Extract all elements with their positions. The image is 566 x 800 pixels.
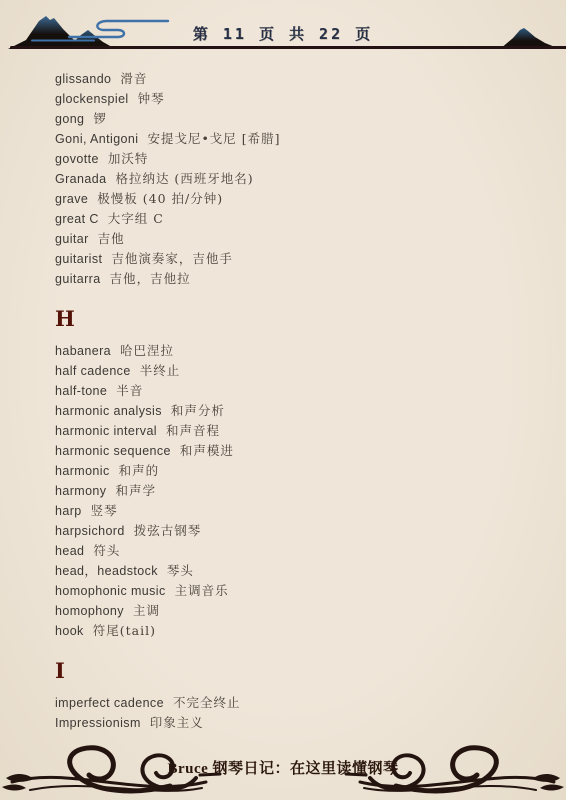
entry-term: habanera (55, 344, 111, 358)
entry-translation: 吉他 (98, 231, 125, 246)
entry-translation: 钟琴 (138, 91, 165, 106)
glossary-entry: homophony主调 (55, 601, 536, 621)
glossary-entry: half cadence半终止 (55, 361, 536, 381)
entry-translation: 极慢板 (40 拍/分钟) (97, 191, 223, 206)
glossary-entry: head符头 (55, 541, 536, 561)
entry-term: govotte (55, 152, 99, 166)
glossary-entry: glockenspiel钟琴 (55, 89, 536, 109)
entry-term: Goni, Antigoni (55, 132, 138, 146)
entry-term: harp (55, 504, 82, 518)
entry-term: harmonic sequence (55, 444, 171, 458)
entry-translation: 主调 (133, 603, 160, 618)
entry-term: glissando (55, 72, 111, 86)
footer-brand-text: Bruce 钢琴日记：在这里读懂钢琴 (0, 757, 566, 778)
entry-translation: 符尾(tail) (93, 623, 156, 638)
glossary-entry: imperfect cadence不完全终止 (55, 693, 536, 713)
glossary-entry: harpsichord拨弦古钢琴 (55, 521, 536, 541)
entry-term: glockenspiel (55, 92, 129, 106)
entry-term: gong (55, 112, 84, 126)
entry-term: imperfect cadence (55, 696, 164, 710)
entry-term: great C (55, 212, 99, 226)
entry-translation: 和声模进 (180, 443, 234, 458)
page-indicator: 第 11 页 共 22 页 (0, 23, 566, 44)
entry-translation: 半终止 (140, 363, 181, 378)
entry-translation: 吉他演奏家，吉他手 (111, 251, 233, 266)
glossary-entry: guitarra吉他，吉他拉 (55, 269, 536, 289)
entry-translation: 加沃特 (108, 151, 149, 166)
glossary-entry: head，headstock琴头 (55, 561, 536, 581)
entry-translation: 琴头 (167, 563, 194, 578)
entry-translation: 安提戈尼•戈尼 [希腊] (147, 131, 280, 146)
entry-term: harpsichord (55, 524, 125, 538)
entry-term: guitarist (55, 252, 102, 266)
entry-translation: 和声的 (119, 463, 160, 478)
entry-translation: 大字组 C (108, 211, 164, 226)
glossary-entry: harmonic interval和声音程 (55, 421, 536, 441)
glossary-entry: harmonic sequence和声模进 (55, 441, 536, 461)
glossary-entry: Impressionism印象主义 (55, 713, 536, 733)
entry-translation: 不完全终止 (173, 695, 241, 710)
section-heading-i: I (55, 659, 536, 683)
entry-term: Granada (55, 172, 106, 186)
header-rule (10, 46, 566, 49)
entry-translation: 半音 (116, 383, 143, 398)
entry-translation: 滑音 (120, 71, 147, 86)
glossary-entry: hook符尾(tail) (55, 621, 536, 641)
entry-term: hook (55, 624, 84, 638)
entry-term: half cadence (55, 364, 131, 378)
glossary-entry: Goni, Antigoni安提戈尼•戈尼 [希腊] (55, 129, 536, 149)
glossary-entry: half-tone半音 (55, 381, 536, 401)
entry-term: homophonic music (55, 584, 166, 598)
entry-term: head，headstock (55, 564, 158, 578)
glossary-entry: gong锣 (55, 109, 536, 129)
entry-translation: 印象主义 (150, 715, 204, 730)
entry-translation: 吉他，吉他拉 (110, 271, 191, 286)
entry-translation: 和声学 (115, 483, 156, 498)
entry-translation: 格拉纳达 (西班牙地名) (115, 171, 253, 186)
glossary-entry: govotte加沃特 (55, 149, 536, 169)
entry-term: harmonic analysis (55, 404, 162, 418)
glossary-entry: guitarist吉他演奏家，吉他手 (55, 249, 536, 269)
entry-translation: 符头 (93, 543, 120, 558)
entry-translation: 和声音程 (166, 423, 220, 438)
glossary-entry: harp竖琴 (55, 501, 536, 521)
glossary-entry: habanera哈巴涅拉 (55, 341, 536, 361)
glossary-entry: harmony和声学 (55, 481, 536, 501)
glossary-entry: Granada格拉纳达 (西班牙地名) (55, 169, 536, 189)
glossary: glissando滑音glockenspiel钟琴gong锣Goni, Anti… (55, 69, 536, 733)
entry-translation: 竖琴 (91, 503, 118, 518)
entry-translation: 和声分析 (171, 403, 225, 418)
entry-term: guitar (55, 232, 89, 246)
entry-term: harmonic interval (55, 424, 157, 438)
entry-translation: 拨弦古钢琴 (134, 523, 202, 538)
glossary-entry: grave极慢板 (40 拍/分钟) (55, 189, 536, 209)
entry-translation: 哈巴涅拉 (120, 343, 174, 358)
entry-term: grave (55, 192, 88, 206)
entry-term: harmony (55, 484, 106, 498)
glossary-entry: guitar吉他 (55, 229, 536, 249)
glossary-entry: great C大字组 C (55, 209, 536, 229)
glossary-entry: glissando滑音 (55, 69, 536, 89)
entry-term: harmonic (55, 464, 110, 478)
entry-term: head (55, 544, 84, 558)
section-heading-h: H (55, 307, 536, 331)
entry-translation: 主调音乐 (175, 583, 229, 598)
glossary-entry: homophonic music主调音乐 (55, 581, 536, 601)
entry-term: homophony (55, 604, 124, 618)
entry-term: guitarra (55, 272, 101, 286)
entry-translation: 锣 (93, 111, 107, 126)
entry-term: half-tone (55, 384, 107, 398)
document-page: 第 11 页 共 22 页 glissando滑音glockenspiel钟琴g… (0, 0, 566, 800)
glossary-entry: harmonic analysis和声分析 (55, 401, 536, 421)
entry-term: Impressionism (55, 716, 141, 730)
glossary-entry: harmonic和声的 (55, 461, 536, 481)
